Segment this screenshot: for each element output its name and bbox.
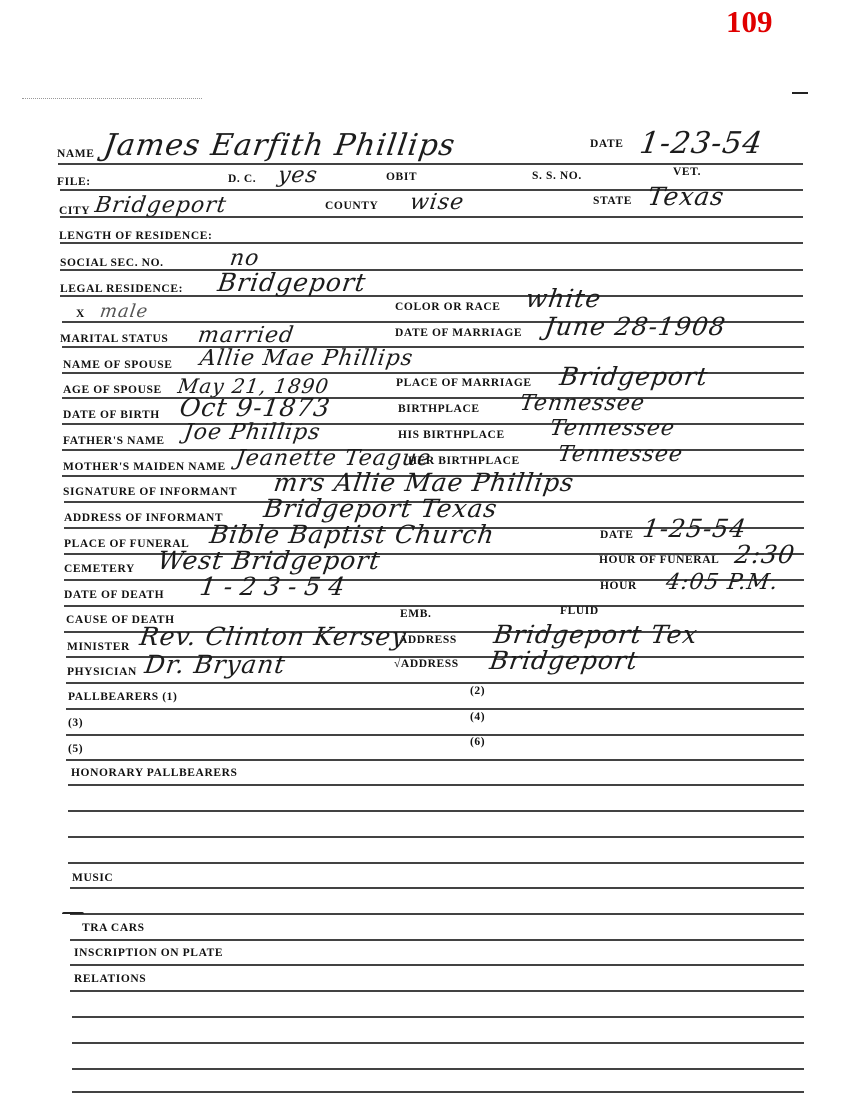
date-value[interactable]: 1-23-54 bbox=[638, 126, 766, 161]
rule-line bbox=[66, 682, 804, 684]
place-of-marriage-label: PLACE OF MARRIAGE bbox=[396, 377, 532, 389]
obit-label: OBIT bbox=[386, 171, 417, 183]
rule-line bbox=[60, 269, 803, 271]
pallbearer-slot-5: (5) bbox=[68, 743, 83, 755]
honorary-pallbearers-label: HONORARY PALLBEARERS bbox=[71, 767, 238, 779]
rule-line bbox=[70, 990, 804, 992]
fathers-name-label: FATHER'S NAME bbox=[63, 435, 165, 447]
date-of-death-label: DATE OF DEATH bbox=[64, 589, 164, 601]
rule-line bbox=[62, 449, 804, 451]
county-label: COUNTY bbox=[325, 200, 378, 212]
rule-line bbox=[72, 1091, 804, 1093]
color-or-race-value[interactable]: white bbox=[524, 284, 603, 313]
minister-label: MINISTER bbox=[67, 641, 130, 653]
mothers-maiden-name-label: MOTHER'S MAIDEN NAME bbox=[63, 461, 226, 473]
sex-value[interactable]: male bbox=[99, 301, 150, 322]
minister-value[interactable]: Rev. Clinton Kersey bbox=[138, 622, 409, 651]
place-of-funeral-value[interactable]: Bible Baptist Church bbox=[208, 520, 497, 549]
page-number: 109 bbox=[726, 4, 773, 40]
funeral-date-value[interactable]: 1-25-54 bbox=[641, 514, 749, 543]
dc-value[interactable]: yes bbox=[276, 163, 319, 188]
fathers-name-value[interactable]: Joe Phillips bbox=[182, 420, 322, 445]
rule-line bbox=[66, 759, 804, 761]
signature-of-informant-value[interactable]: mrs Allie Mae Phillips bbox=[272, 468, 576, 497]
address-of-informant-value[interactable]: Bridgeport Texas bbox=[262, 494, 500, 523]
music-label: MUSIC bbox=[72, 872, 113, 884]
name-value[interactable]: James Earfith Phillips bbox=[102, 128, 458, 163]
physician-value[interactable]: Dr. Bryant bbox=[143, 650, 288, 679]
physician-address-value[interactable]: Bridgeport bbox=[488, 646, 640, 675]
physician-address-label: √ADDRESS bbox=[394, 658, 459, 670]
scan-artifact bbox=[22, 98, 202, 99]
emb-label: EMB. bbox=[400, 608, 431, 620]
physician-label: PHYSICIAN bbox=[67, 666, 137, 678]
signature-of-informant-label: SIGNATURE OF INFORMANT bbox=[63, 486, 237, 498]
marital-status-label: MARITAL STATUS bbox=[60, 333, 168, 345]
rule-line bbox=[64, 605, 804, 607]
checkmark-icon: √ bbox=[394, 658, 401, 670]
sex-label: X bbox=[76, 308, 85, 320]
city-value[interactable]: Bridgeport bbox=[93, 193, 228, 218]
state-value[interactable]: Texas bbox=[646, 182, 726, 211]
date-of-birth-value[interactable]: Oct 9-1873 bbox=[178, 393, 333, 422]
cemetery-label: CEMETERY bbox=[64, 563, 135, 575]
county-value[interactable]: wise bbox=[408, 190, 466, 215]
length-of-residence-label: LENGTH OF RESIDENCE: bbox=[59, 230, 212, 242]
rule-line bbox=[58, 163, 803, 165]
date-label: DATE bbox=[590, 138, 624, 150]
rule-line bbox=[62, 346, 804, 348]
file-label: FILE: bbox=[57, 176, 91, 188]
pallbearer-slot-6: (6) bbox=[470, 736, 485, 748]
state-label: STATE bbox=[593, 195, 632, 207]
rule-line bbox=[72, 1016, 804, 1018]
birthplace-label: BIRTHPLACE bbox=[398, 403, 480, 415]
rule-line bbox=[72, 1068, 804, 1070]
rule-line bbox=[60, 295, 803, 297]
name-label: NAME bbox=[57, 148, 95, 160]
legal-residence-value[interactable]: Bridgeport bbox=[216, 268, 368, 297]
hour-label: HOUR bbox=[600, 580, 637, 592]
scan-mark bbox=[792, 92, 808, 94]
social-sec-no-label: SOCIAL SEC. NO. bbox=[60, 257, 164, 269]
date-of-birth-label: DATE OF BIRTH bbox=[63, 409, 160, 421]
rule-line bbox=[68, 836, 804, 838]
vet-label: VET. bbox=[673, 166, 701, 178]
rule-line bbox=[70, 887, 804, 889]
hour-of-funeral-label: HOUR OF FUNERAL bbox=[599, 554, 719, 566]
her-birthplace-label: HER BIRTHPLACE bbox=[408, 455, 520, 467]
color-or-race-label: COLOR OR RACE bbox=[395, 301, 501, 313]
place-of-marriage-value[interactable]: Bridgeport bbox=[558, 362, 710, 391]
address-of-informant-label: ADDRESS OF INFORMANT bbox=[64, 512, 223, 524]
pallbearer-slot-3: (3) bbox=[68, 717, 83, 729]
rule-line bbox=[70, 964, 804, 966]
rule-line bbox=[66, 734, 804, 736]
rule-line bbox=[66, 708, 804, 710]
rule-line bbox=[62, 423, 804, 425]
pen-mark bbox=[62, 912, 84, 914]
legal-residence-label: LEGAL RESIDENCE: bbox=[60, 283, 183, 295]
rule-line bbox=[68, 784, 804, 786]
marital-status-value[interactable]: married bbox=[196, 323, 296, 348]
physician-address-label-text: ADDRESS bbox=[401, 658, 459, 670]
his-birthplace-value[interactable]: Tennessee bbox=[548, 416, 676, 441]
rule-line bbox=[70, 913, 804, 915]
his-birthplace-label: HIS BIRTHPLACE bbox=[398, 429, 505, 441]
date-of-death-value[interactable]: 1-23-54 bbox=[198, 572, 355, 601]
her-birthplace-value[interactable]: Tennessee bbox=[556, 442, 684, 467]
pallbearers-label: PALLBEARERS (1) bbox=[68, 691, 177, 703]
extra-cars-label: TRA CARS bbox=[82, 922, 145, 934]
dc-label: D. C. bbox=[228, 173, 256, 185]
date-of-marriage-label: DATE OF MARRIAGE bbox=[395, 327, 522, 339]
funeral-date-label: DATE bbox=[600, 529, 634, 541]
ss-no-label: S. S. NO. bbox=[532, 170, 582, 182]
pallbearer-slot-4: (4) bbox=[470, 711, 485, 723]
hour-of-funeral-value[interactable]: 2:30 bbox=[733, 540, 797, 569]
date-of-marriage-value[interactable]: June 28-1908 bbox=[543, 312, 728, 341]
rule-line bbox=[68, 862, 804, 864]
minister-address-label: ADDRESS bbox=[399, 634, 457, 646]
rule-line bbox=[72, 1042, 804, 1044]
name-of-spouse-label: NAME OF SPOUSE bbox=[63, 359, 173, 371]
fluid-label: FLUID bbox=[560, 605, 599, 617]
rule-line bbox=[70, 939, 804, 941]
relations-label: RELATIONS bbox=[74, 973, 146, 985]
pallbearer-slot-2: (2) bbox=[470, 685, 485, 697]
city-label: CITY bbox=[59, 205, 90, 217]
rule-line bbox=[62, 397, 804, 399]
rule-line bbox=[60, 242, 803, 244]
age-of-spouse-label: AGE OF SPOUSE bbox=[63, 384, 162, 396]
rule-line bbox=[68, 810, 804, 812]
cemetery-value[interactable]: West Bridgeport bbox=[156, 546, 383, 575]
inscription-on-plate-label: INSCRIPTION ON PLATE bbox=[74, 947, 223, 959]
birthplace-value[interactable]: Tennessee bbox=[518, 391, 646, 416]
name-of-spouse-value[interactable]: Allie Mae Phillips bbox=[198, 346, 415, 371]
hour-value[interactable]: 4:05 P.M. bbox=[664, 570, 780, 595]
minister-address-value[interactable]: Bridgeport Tex bbox=[492, 620, 700, 649]
